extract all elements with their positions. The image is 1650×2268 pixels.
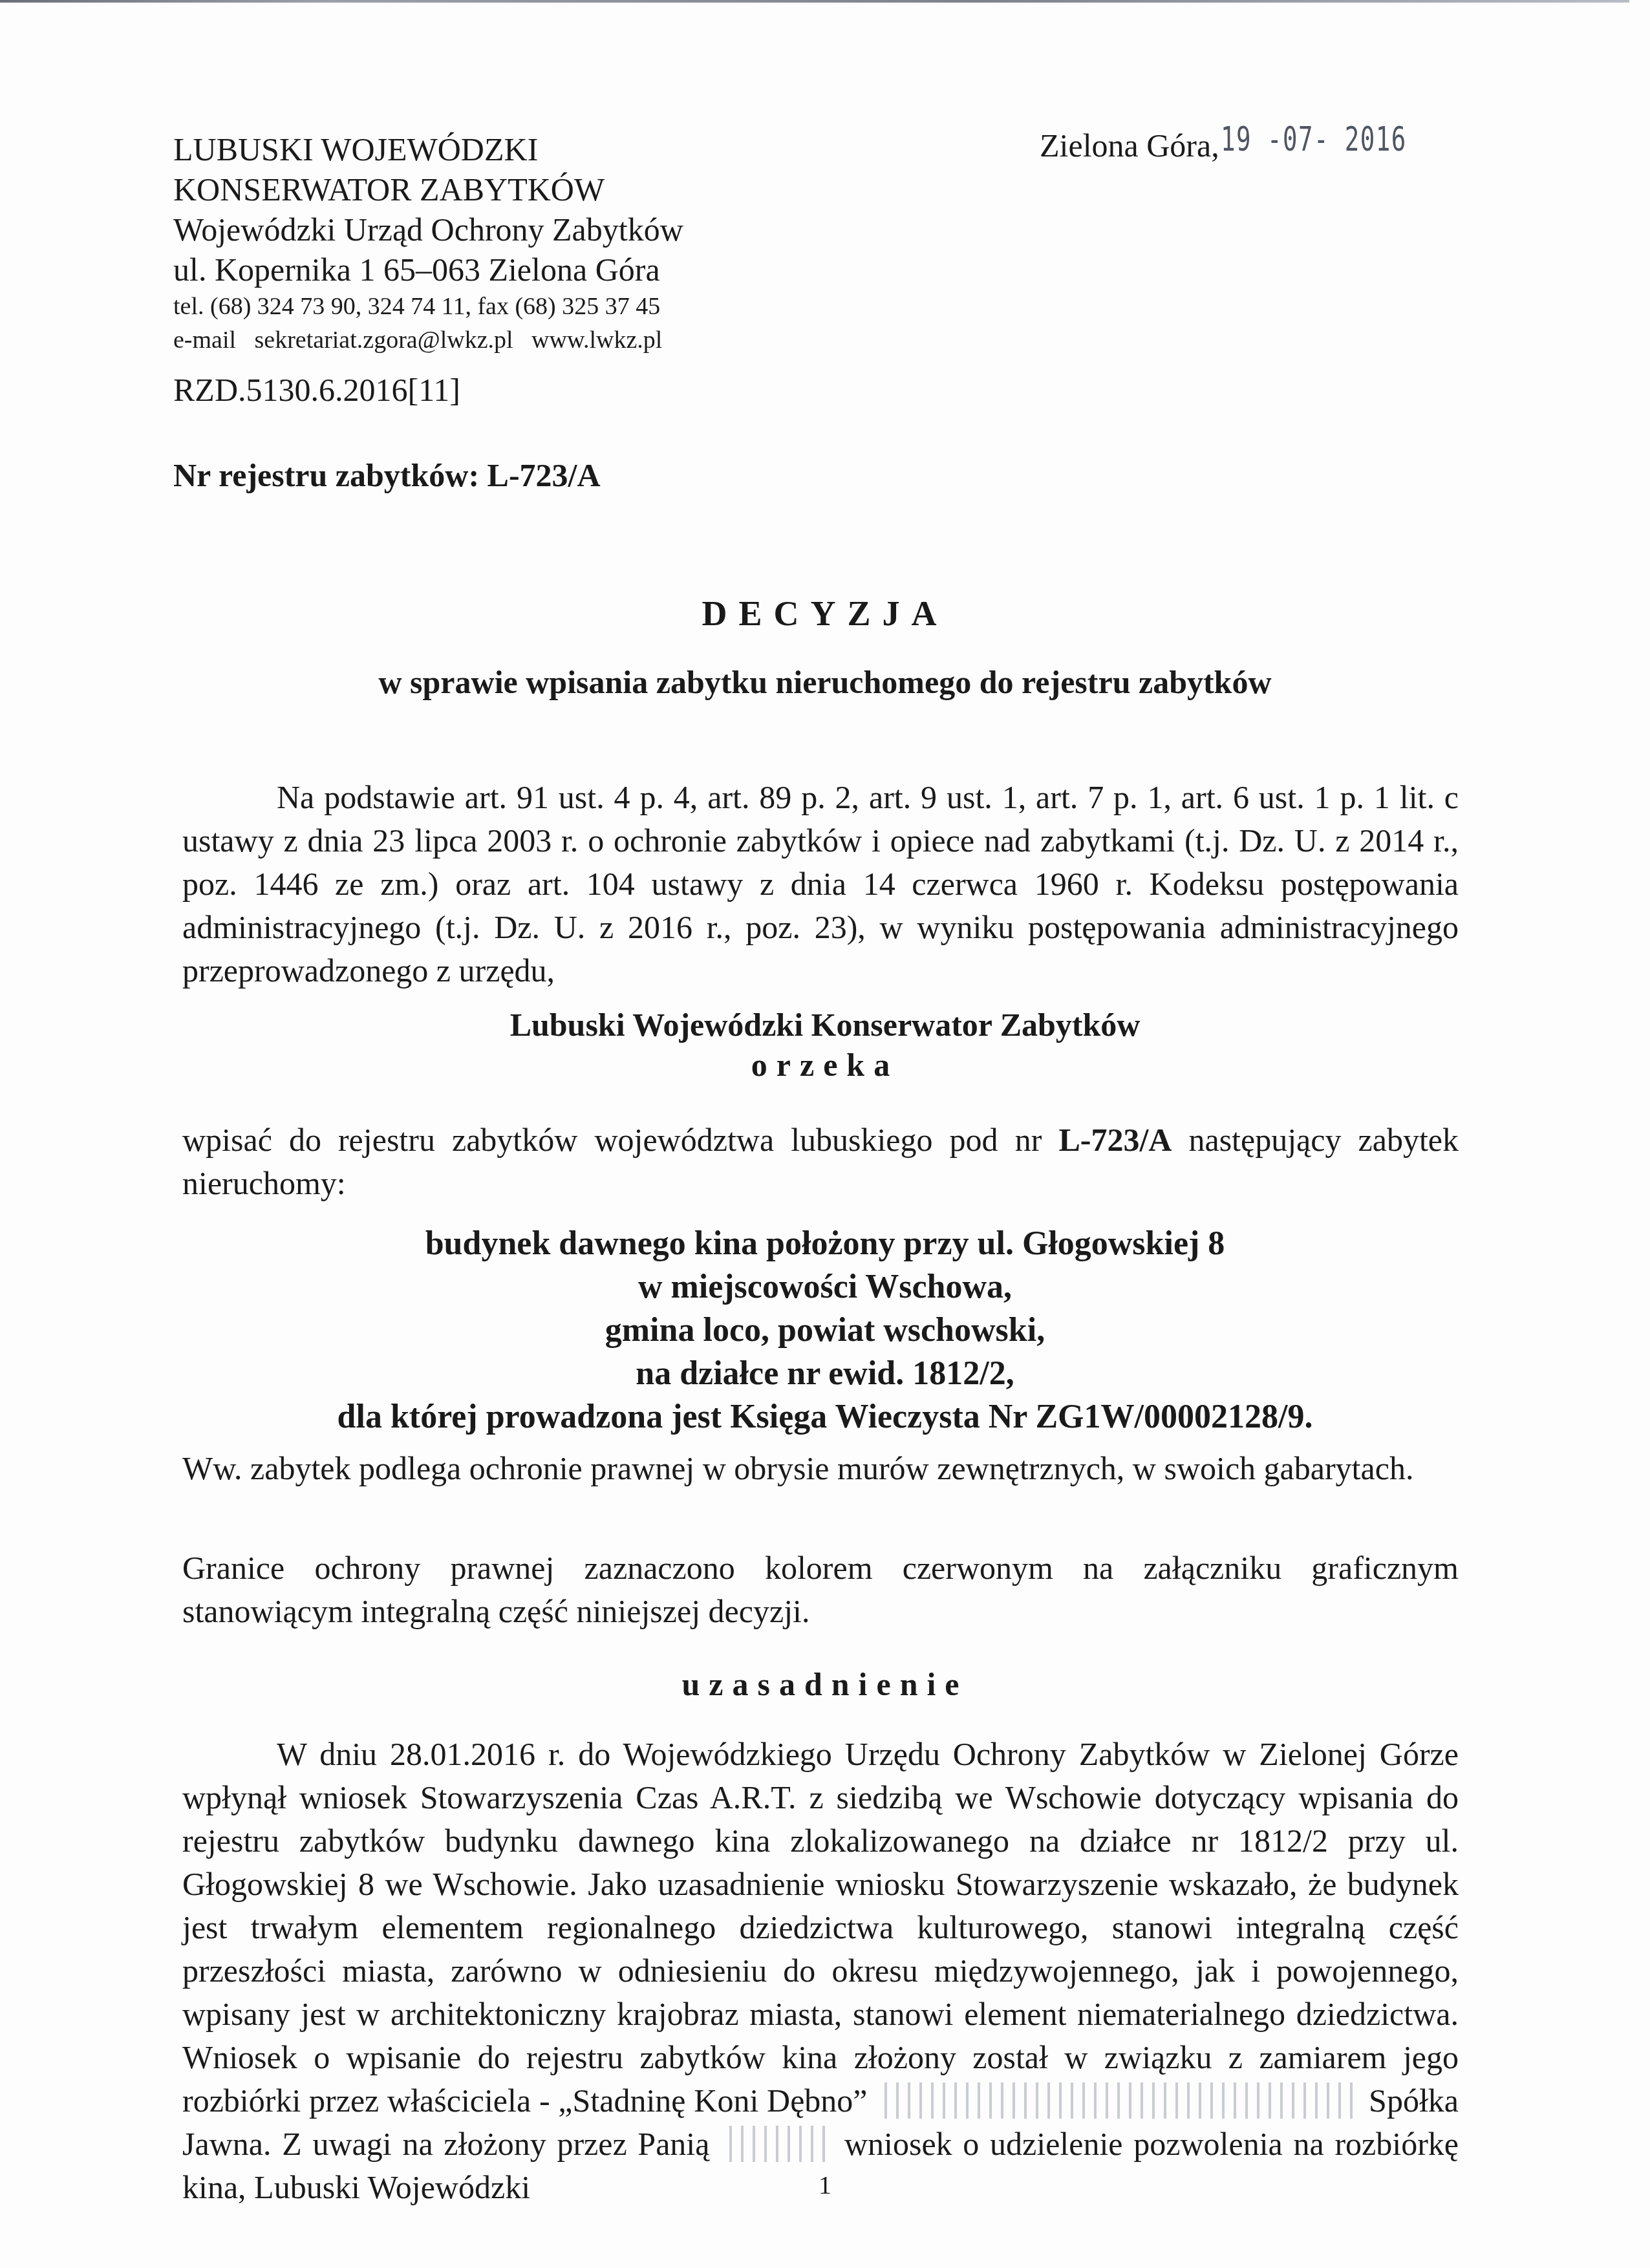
decision-subtitle: w sprawie wpisania zabytku nieruchomego … [0, 663, 1650, 701]
object-line: dla której prowadzona jest Księga Wieczy… [0, 1395, 1650, 1439]
date-stamp: 19 -07- 2016 [1221, 120, 1407, 159]
justification-text-1: W dniu 28.01.2016 r. do Wojewódzkiego Ur… [182, 1736, 1459, 2119]
object-line: na działce nr ewid. 1812/2, [0, 1352, 1650, 1395]
object-line: budynek dawnego kina położony przy ul. G… [0, 1222, 1650, 1265]
place: Zielona Góra, [1040, 127, 1219, 164]
institution-line-1: LUBUSKI WOJEWÓDZKI [173, 129, 683, 169]
institution-line-2: KONSERWATOR ZABYTKÓW [173, 169, 683, 209]
email-label: e-mail [173, 326, 236, 354]
object-line: gmina loco, powiat wschowski, [0, 1309, 1650, 1352]
office-phone: tel. (68) 324 73 90, 324 74 11, fax (68)… [173, 290, 683, 323]
ruling-text: wpisać do rejestru zabytków województwa … [182, 1118, 1459, 1205]
office-address: ul. Kopernika 1 65–063 Zielona Góra [173, 250, 683, 290]
redacted-text: xxxxxxxxxxxxxxxxxxxxxxxxxxxxxx [875, 2082, 1360, 2119]
redacted-text: xxxxxxx [720, 2126, 833, 2162]
page-number: 1 [0, 2170, 1650, 2200]
register-number: Nr rejestru zabytków: L-723/A [173, 456, 601, 494]
scan-edge [0, 0, 1629, 3]
object-description: budynek dawnego kina położony przy ul. G… [0, 1222, 1650, 1439]
rules-heading: orzeka [0, 1046, 1650, 1084]
office-name: Wojewódzki Urząd Ochrony Zabytków [173, 209, 683, 250]
office-contact: e-mail sekretariat.zgora@lwkz.pl www.lwk… [173, 323, 683, 357]
case-number: RZD.5130.6.2016[11] [173, 371, 460, 409]
email-address: sekretariat.zgora@lwkz.pl [255, 326, 513, 354]
letterhead: LUBUSKI WOJEWÓDZKI KONSERWATOR ZABYTKÓW … [173, 129, 683, 357]
justification-heading: uzasadnienie [0, 1665, 1650, 1703]
website: www.lwkz.pl [531, 326, 662, 354]
protection-scope: Ww. zabytek podlega ochronie prawnej w o… [182, 1447, 1459, 1490]
page-title: DECYZJA [0, 594, 1650, 634]
legal-basis: Na podstawie art. 91 ust. 4 p. 4, art. 8… [182, 776, 1459, 992]
object-line: w miejscowości Wschowa, [0, 1265, 1650, 1309]
boundary-note: Granice ochrony prawnej zaznaczono kolor… [182, 1546, 1459, 1633]
ruling-prefix: wpisać do rejestru zabytków województwa … [182, 1122, 1058, 1158]
authority-name: Lubuski Wojewódzki Konserwator Zabytków [0, 1006, 1650, 1043]
justification-paragraph: W dniu 28.01.2016 r. do Wojewódzkiego Ur… [182, 1733, 1459, 2209]
ruling-number: L-723/A [1058, 1122, 1172, 1158]
